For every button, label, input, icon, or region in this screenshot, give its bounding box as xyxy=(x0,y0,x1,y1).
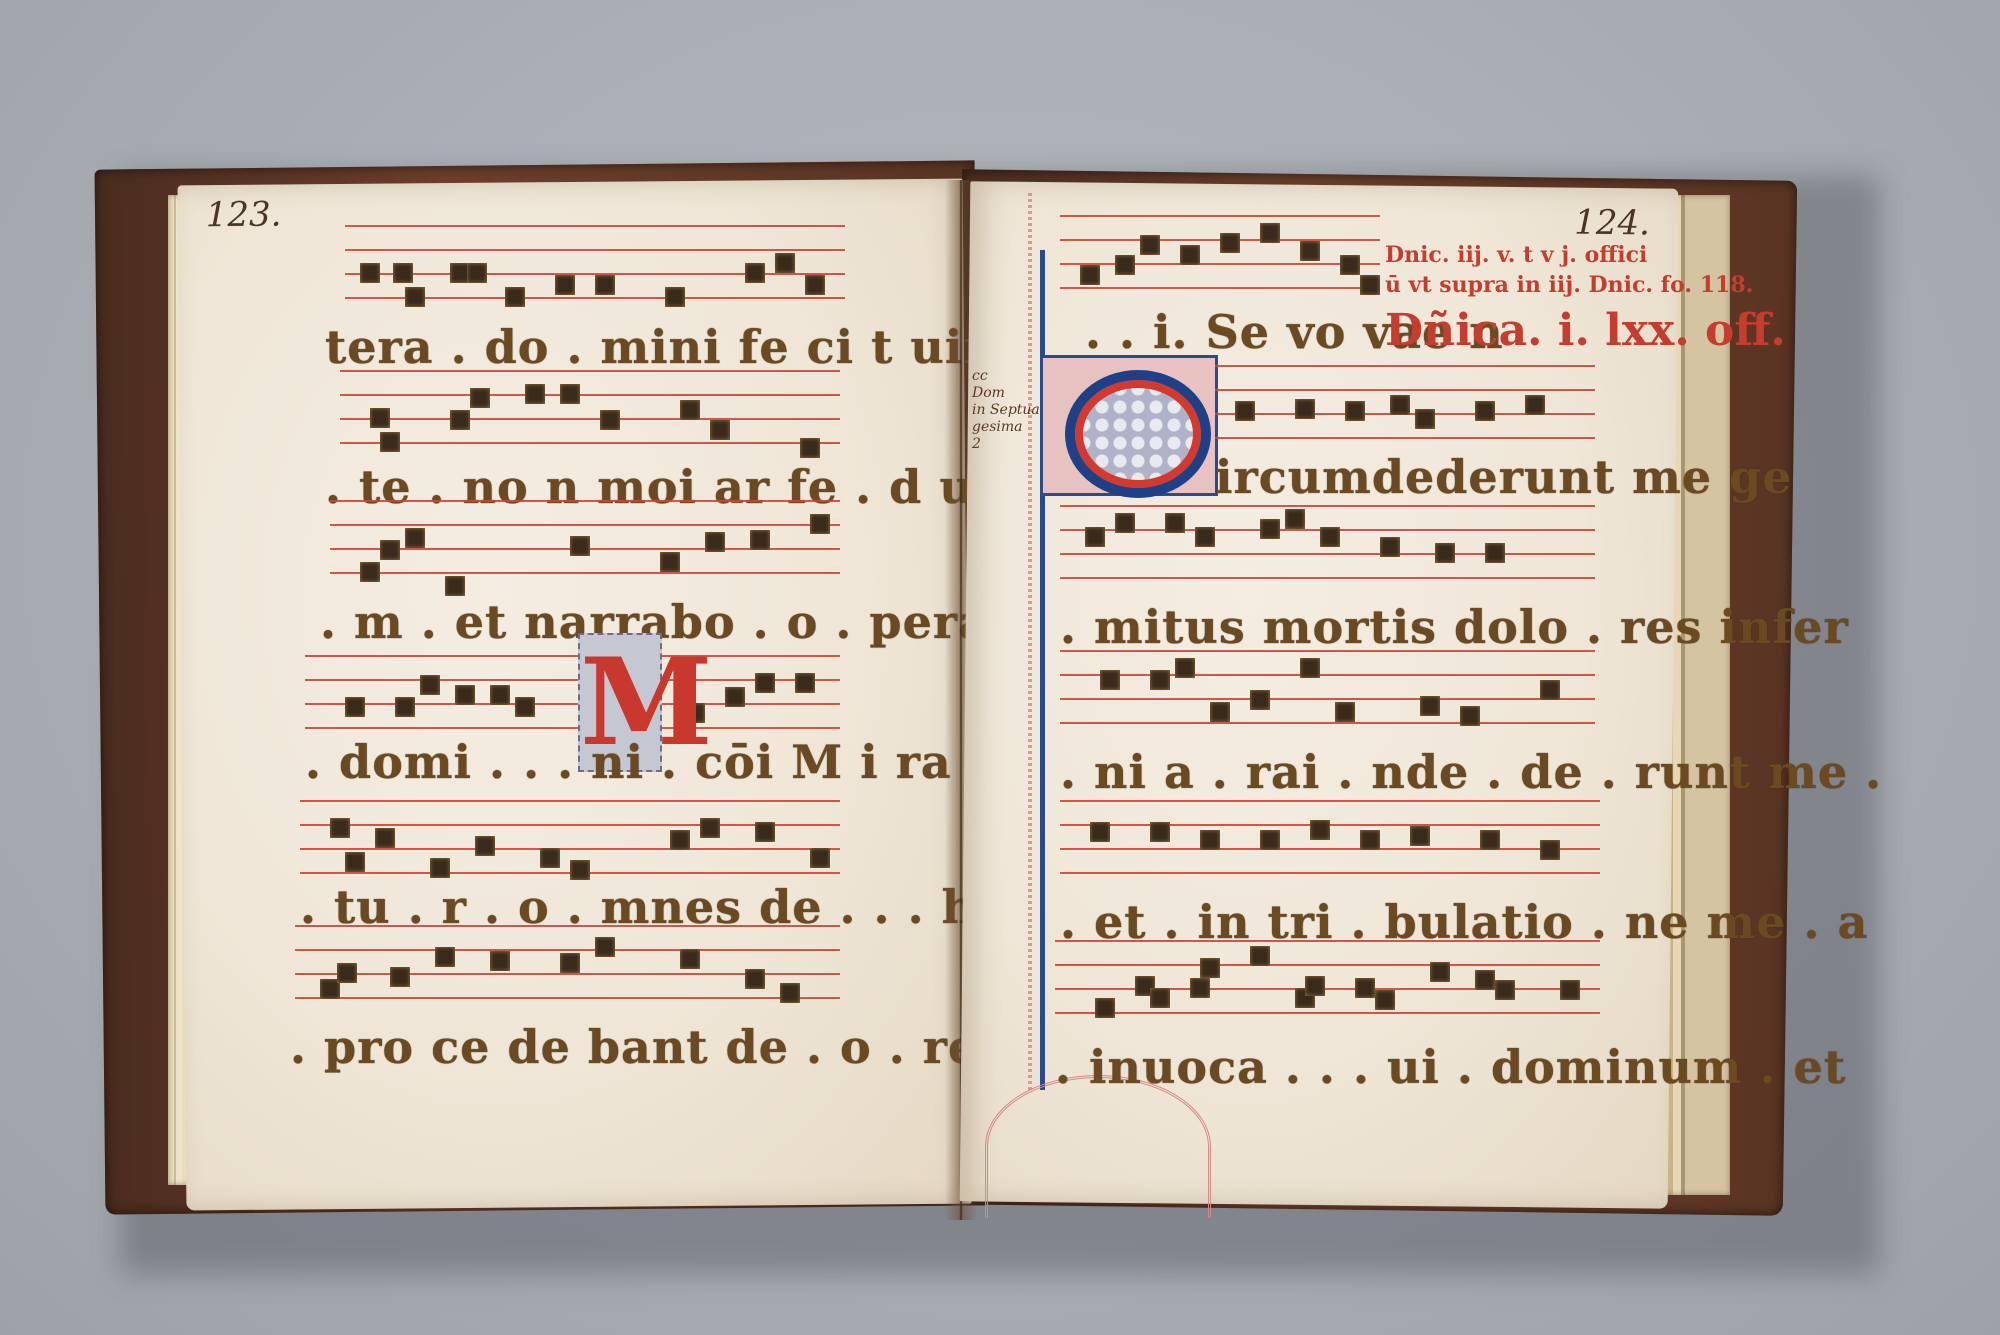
lyric-line: . inuoca . . . ui . dominum . et xyxy=(1055,1040,1846,1094)
margin-annotation: cc Dom in Septua gesima 2 xyxy=(972,368,1040,453)
decorative-border-pink xyxy=(1028,190,1032,1090)
music-staff xyxy=(1055,940,1600,1036)
rubric-instruction: Dnic. iij. v. t v j. offici ū vt supra i… xyxy=(1385,240,1753,300)
music-staff xyxy=(1060,215,1380,311)
music-staff xyxy=(330,500,840,596)
music-staff xyxy=(340,370,840,466)
music-staff xyxy=(1060,650,1595,746)
lyric-line: ircumdederunt me ge xyxy=(1215,450,1792,504)
music-staff xyxy=(345,225,845,321)
lyric-line: . mitus mortis dolo . res infer xyxy=(1060,600,1849,654)
folio-number-left: 123. xyxy=(206,195,282,236)
music-staff xyxy=(1215,365,1595,461)
lyric-line: tera . do . mini fe ci t uirtu xyxy=(325,320,1045,374)
lyric-line: . ni a . rai . nde . de . runt me . xyxy=(1060,745,1882,799)
folio-number-right: 124. xyxy=(1574,203,1650,244)
pen-flourish-decoration xyxy=(985,1075,1211,1218)
music-staff xyxy=(1060,800,1600,896)
illuminated-initial-c xyxy=(1040,355,1218,496)
rubric-feast-title: Dñica. i. lxx. off. xyxy=(1385,305,1786,356)
music-staff xyxy=(295,925,840,1021)
music-staff xyxy=(1060,505,1595,601)
